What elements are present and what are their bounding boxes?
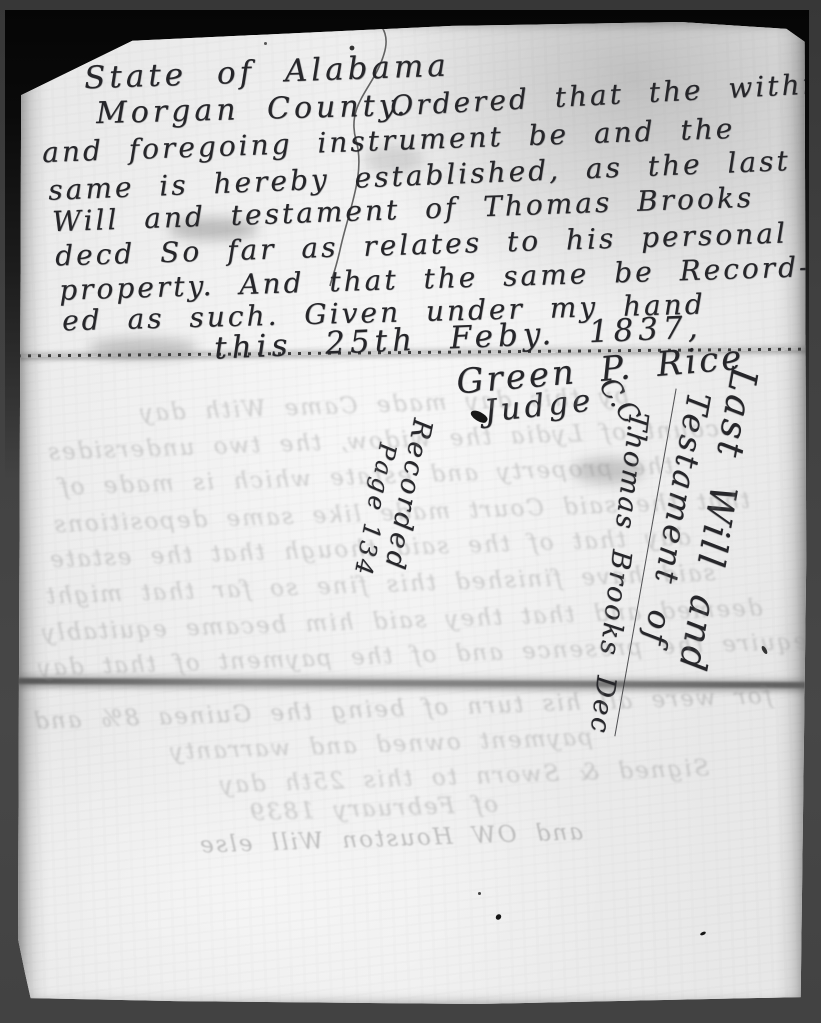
bleedthrough-line: of February 1839 (248, 792, 499, 827)
ink-speck (264, 42, 267, 45)
photographed-document-scan: State of Alabama Morgan County. Ordered … (0, 0, 821, 1023)
ink-speck (700, 931, 707, 936)
ink-speck (495, 913, 503, 921)
bleedthrough-line: for were all his turn of being the Guine… (32, 683, 773, 735)
bleedthrough-line: payment owned and warranty (168, 725, 594, 766)
ink-speck (478, 892, 481, 895)
document-paper-sheet: State of Alabama Morgan County. Ordered … (18, 20, 807, 1008)
